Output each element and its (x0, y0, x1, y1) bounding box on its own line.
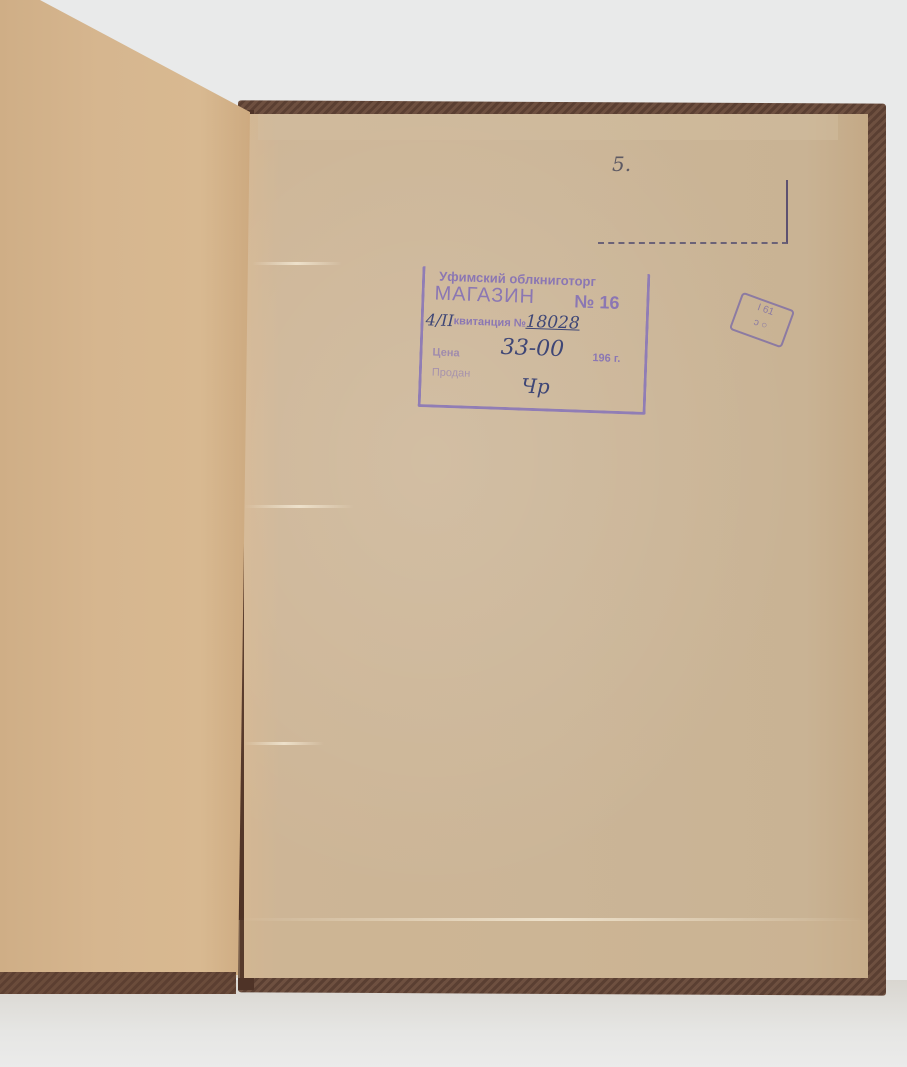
front-cover-cloth-edge (0, 972, 236, 994)
fold-line (244, 742, 324, 745)
handwritten-receipt-number: 18028 (525, 312, 580, 334)
front-cover-inside (0, 0, 250, 985)
fold-line (252, 262, 342, 265)
handwritten-price: 33-00 (500, 335, 564, 362)
pencil-frame (598, 180, 788, 244)
handwritten-date: 4/II (425, 310, 454, 330)
stamp-shop-label: МАГАЗИН (434, 283, 535, 309)
stamp-year-label: 196 г. (592, 352, 620, 365)
endpaper-top-band (258, 114, 838, 140)
fold-line (236, 918, 866, 921)
endpaper-bottom-band (232, 920, 868, 978)
stamp-price-label: Цена (432, 346, 459, 359)
pencil-number: 5. (612, 152, 631, 176)
stamp-sold-label: Продан (432, 366, 471, 379)
handwritten-signature: Чр (521, 374, 550, 399)
fold-line (244, 505, 354, 508)
bookshop-stamp: Уфимский облкниготорг МАГАЗИН № 16 квита… (418, 266, 651, 415)
stamp-receipt-label: квитанция № (453, 315, 526, 330)
stamp-shop-number: № 16 (574, 291, 620, 314)
